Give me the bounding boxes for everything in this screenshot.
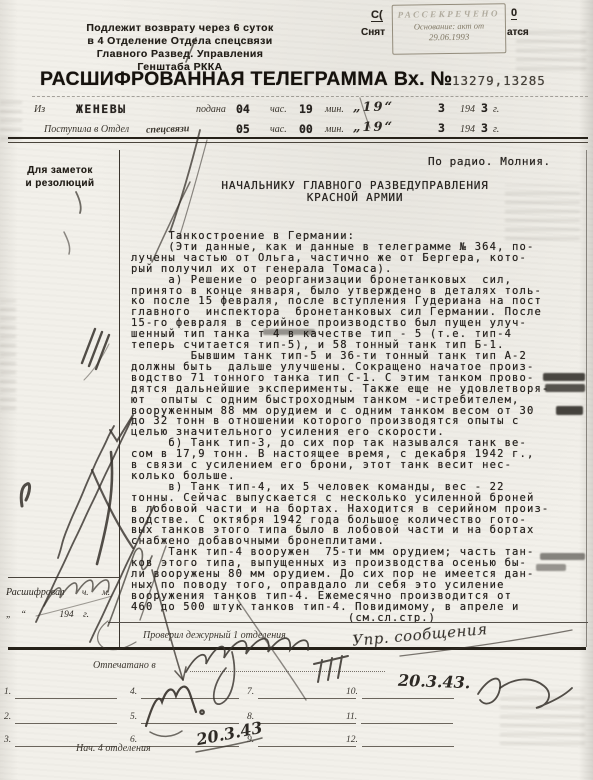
year-prefix: 194 xyxy=(460,104,475,115)
tally-mark xyxy=(89,332,102,366)
telegram-body: Танкостроение в Германии: (Эти данные, к… xyxy=(131,231,587,613)
transmission-method: По радио. Молния. xyxy=(428,155,551,168)
copy-number: 2. xyxy=(4,712,11,722)
signature-line xyxy=(141,714,239,724)
copy-cell: 1. xyxy=(4,681,117,699)
margin-notes-label: Для заметок и резолюций xyxy=(12,165,108,190)
ink-smudge xyxy=(540,553,585,560)
ink-smudge xyxy=(536,564,566,571)
decrypt-units: ч. м. xyxy=(82,587,110,597)
ink-smudge xyxy=(545,384,585,392)
origin-city: ЖЕНЕВЫ xyxy=(76,102,127,116)
pen-stroke xyxy=(98,621,136,650)
hour-label: час. xyxy=(270,104,287,115)
check-mark xyxy=(110,415,133,441)
tally-mark xyxy=(96,335,109,369)
body-line: дятся дальнейшие эксперименты. Также еще… xyxy=(131,384,587,395)
copy-number: 11. xyxy=(346,712,357,722)
margin-notes-line: Для заметок xyxy=(12,165,108,178)
margin-cursive xyxy=(58,426,114,558)
sent-month: 3 xyxy=(438,101,445,115)
return-notice-line: Подлежит возврату через 6 суток xyxy=(46,22,314,35)
footer-thick-rule xyxy=(8,647,586,650)
section-head-label: Нач. 4 отделения xyxy=(76,743,151,754)
copy-number: 7. xyxy=(247,687,254,697)
received-year-digit: 3 xyxy=(481,121,488,135)
bleed-through-artifact xyxy=(516,30,586,70)
obscured-text-fragment: 0 xyxy=(511,7,517,20)
signature-line xyxy=(361,714,453,724)
copy-number: 10. xyxy=(346,687,358,697)
arrow-head xyxy=(175,667,186,680)
received-minute: 00 xyxy=(299,122,313,136)
copy-cell: 12. xyxy=(346,729,454,747)
signature-line xyxy=(141,689,239,699)
document-title: РАСШИФРОВАННАЯ ТЕЛЕГРАММА Вх. № xyxy=(40,68,453,91)
pen-stroke xyxy=(21,484,29,506)
pen-stroke xyxy=(92,470,133,548)
copy-number: 5. xyxy=(130,712,137,722)
handwritten-date: 20.3.43. xyxy=(398,671,471,693)
printed-in-blank xyxy=(190,671,385,672)
received-month: 3 xyxy=(438,121,445,135)
copy-number: 4. xyxy=(130,687,137,697)
received-label: Поступила в Отдел xyxy=(44,124,129,135)
header-divider-rule xyxy=(8,137,588,143)
body-line: а) Решение о реорганизации бронетанковых… xyxy=(131,275,587,286)
signature-line xyxy=(15,714,117,724)
return-notice: Подлежит возврату через 6 суток в 4 Отде… xyxy=(46,22,314,74)
ink-smudge xyxy=(556,406,583,415)
margin-divider-line xyxy=(119,150,120,647)
copy-cell: 8. xyxy=(247,706,356,724)
bleed-through-artifact xyxy=(0,300,16,410)
signature-stroke xyxy=(478,679,500,704)
checked-by-label: Проверил дежурный 1 отделения xyxy=(143,630,286,641)
bleed-through-artifact xyxy=(500,690,585,745)
pen-stroke xyxy=(76,192,81,213)
decrypted-by-label: Расшифровал xyxy=(6,587,64,598)
signature-line xyxy=(258,689,356,699)
bleed-through-artifact xyxy=(0,95,22,140)
copy-number: 3. xyxy=(4,735,11,745)
stamp-title: РАССЕКРЕЧЕНО xyxy=(393,8,505,20)
stamp-date: 29.06.1993 xyxy=(393,31,505,43)
roman-numeral-stroke xyxy=(314,656,348,682)
return-notice-line: Главного Развед. Управления xyxy=(46,48,314,61)
copy-number: 1. xyxy=(4,687,11,697)
telegram-scan-page: Подлежит возврату через 6 суток в 4 Отде… xyxy=(0,0,593,780)
year-suffix: г. xyxy=(493,124,499,135)
copy-cell: 4. xyxy=(130,681,239,699)
copy-cell: 7. xyxy=(247,681,356,699)
incoming-numbers: 13279,13285 xyxy=(452,73,546,88)
sent-hour: 04 xyxy=(236,102,250,116)
received-hour: 05 xyxy=(236,122,250,136)
sent-minute: 19 xyxy=(299,102,313,116)
obscured-text-fragment: С( xyxy=(371,9,383,22)
sent-day: „19“ xyxy=(353,100,394,115)
sent-label: подана xyxy=(196,104,226,115)
handwritten-note: Упр. сообщения xyxy=(351,620,488,650)
bleed-through-artifact xyxy=(505,185,580,240)
stamp-basis: Основание: акт от xyxy=(393,20,505,32)
copy-cell: 2. xyxy=(4,706,117,724)
declassified-stamp: РАССЕКРЕЧЕНО Основание: акт от 29.06.199… xyxy=(392,3,507,55)
signature-line xyxy=(258,737,356,747)
sent-year-digit: 3 xyxy=(481,101,488,115)
tally-mark xyxy=(82,329,95,363)
date-blank-line: „ “ 194 г. xyxy=(6,610,89,620)
obscured-text-fragment: Снят xyxy=(361,27,385,38)
body-line: в лобовой части и на бортах. Находится в… xyxy=(131,504,587,515)
hour-label: час. xyxy=(270,124,287,135)
signature-line xyxy=(258,714,356,724)
return-notice-line: в 4 Отделение Отдела спецсвязи xyxy=(46,35,314,48)
signature-line xyxy=(362,737,454,747)
ink-smudge xyxy=(543,373,585,381)
signature-line xyxy=(15,689,117,699)
body-line: ют опыты с одним быстроходным танком -ис… xyxy=(131,395,587,406)
pen-stroke xyxy=(64,232,70,254)
body-line: рый получил их от генерала Томаса). xyxy=(131,264,587,275)
form-top-rule xyxy=(32,96,588,97)
received-channel: спецсвязи xyxy=(146,123,190,136)
minute-label: мин. xyxy=(325,104,344,115)
printed-in-label: Отпечатано в xyxy=(93,660,156,671)
copy-number: 12. xyxy=(346,735,358,745)
signature-stroke xyxy=(186,638,308,672)
copy-cell: 5. xyxy=(130,706,239,724)
margin-notes-line: и резолюций xyxy=(12,178,108,191)
margin-footer-rule xyxy=(8,577,120,578)
pen-stroke xyxy=(97,452,112,564)
received-day: „19“ xyxy=(353,120,394,135)
pen-stroke xyxy=(84,344,109,380)
minute-label: мин. xyxy=(325,124,344,135)
from-label: Из xyxy=(34,104,45,115)
copy-cell: 11. xyxy=(346,706,453,724)
ink-smudge xyxy=(263,329,315,335)
year-suffix: г. xyxy=(493,104,499,115)
year-prefix: 194 xyxy=(460,124,475,135)
footer-thin-rule xyxy=(108,622,588,623)
